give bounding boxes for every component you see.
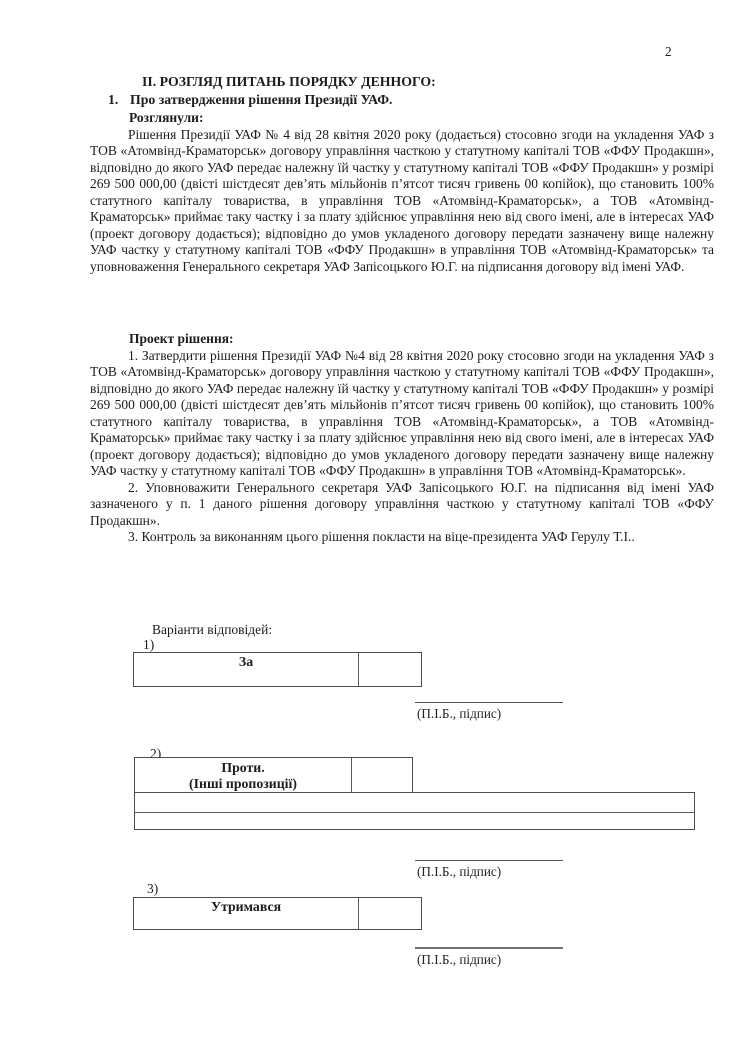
other-proposals-rows — [134, 792, 695, 830]
agenda-item-title-text: Про затвердження рішення Президії УАФ. — [130, 92, 393, 107]
section-heading: ІІ. РОЗГЛЯД ПИТАНЬ ПОРЯДКУ ДЕННОГО: — [142, 74, 436, 90]
draft-decision-heading: Проект рішення: — [129, 331, 234, 347]
draft-item-3: 3. Контроль за виконанням цього рішення … — [90, 529, 714, 545]
agenda-item-title: 1.Про затвердження рішення Президії УАФ. — [108, 92, 393, 108]
signature-line-2 — [415, 860, 563, 861]
vote-table-proty: Проти. (Інші пропозиції) — [134, 757, 413, 793]
signature-caption-2: (П.І.Б., підпис) — [417, 864, 501, 880]
vote-table-za: За — [133, 652, 422, 687]
vote-proty-cell: Проти. (Інші пропозиції) — [135, 760, 351, 791]
empty-row-divider — [135, 812, 694, 813]
table-divider — [358, 653, 359, 686]
considered-heading: Розглянули: — [129, 110, 203, 126]
answers-heading: Варіанти відповідей: — [152, 622, 272, 638]
agenda-item-number: 1. — [108, 92, 130, 108]
draft-item-2: 2. Уповноважити Генерального секретаря У… — [90, 480, 714, 529]
document-page: { "page_number": "2", "section_heading":… — [0, 0, 735, 1039]
vote-za-cell: За — [134, 654, 358, 670]
draft-decision-list: 1. Затвердити рішення Президії УАФ №4 ві… — [90, 348, 714, 602]
vote-proty-line-2: (Інші пропозиції) — [135, 776, 351, 792]
signature-caption-1: (П.І.Б., підпис) — [417, 706, 501, 722]
considered-paragraph-text: Рішення Президії УАФ № 4 від 28 квітня 2… — [90, 127, 714, 275]
draft-item-1: 1. Затвердити рішення Президії УАФ №4 ві… — [90, 348, 714, 480]
vote-utrymavsia-cell: Утримався — [134, 899, 358, 915]
table-divider — [358, 898, 359, 929]
page-number: 2 — [665, 44, 672, 60]
signature-caption-3: (П.І.Б., підпис) — [417, 952, 501, 968]
vote-proty-line-1: Проти. — [135, 760, 351, 776]
considered-paragraph: Рішення Президії УАФ № 4 від 28 квітня 2… — [90, 127, 714, 310]
option-3-label: 3) — [147, 881, 158, 897]
vote-table-utrymavsia: Утримався — [133, 897, 422, 930]
option-1-label: 1) — [143, 637, 154, 653]
signature-line-3 — [415, 947, 563, 949]
table-divider — [351, 758, 352, 792]
signature-line-1 — [415, 702, 563, 703]
